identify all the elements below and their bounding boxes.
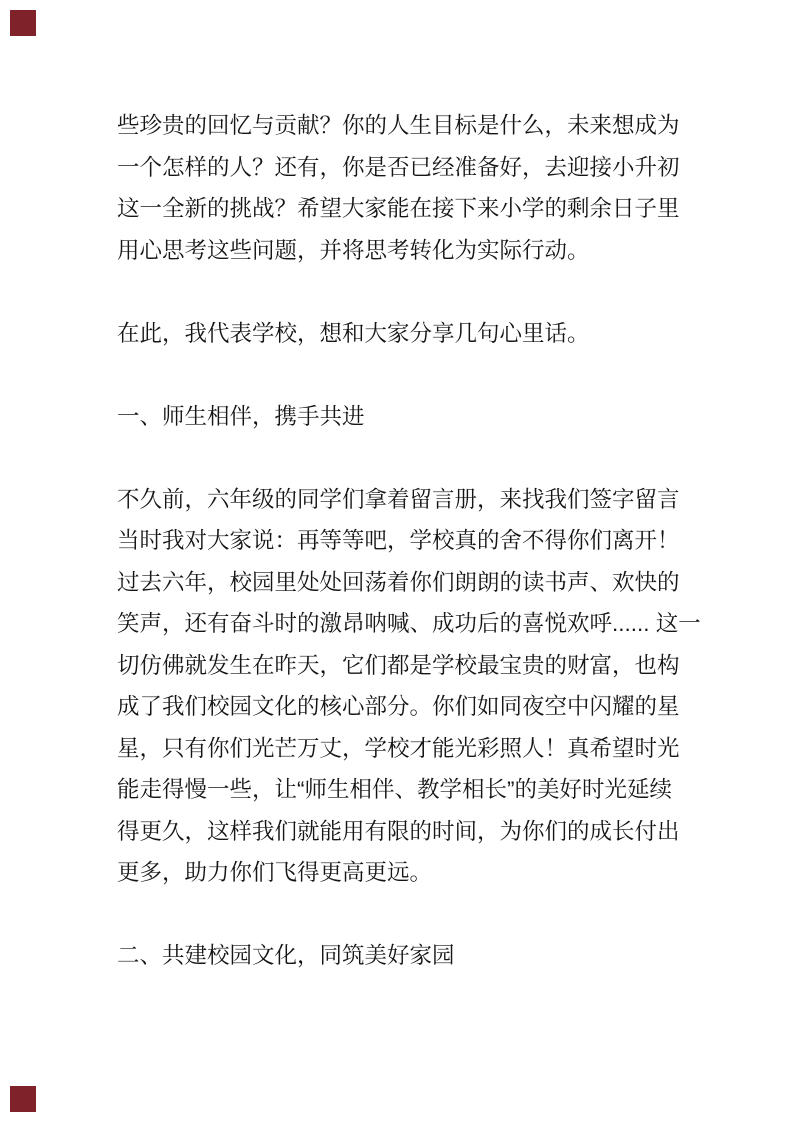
text-line: 些珍贵的回忆与贡献？你的人生目标是什么，未来想成为: [117, 105, 683, 147]
text-line: 用心思考这些问题，并将思考转化为实际行动。: [117, 230, 683, 272]
text-line: 星，只有你们光芒万丈，学校才能光彩照人！真希望时光: [117, 728, 683, 770]
text-line: 这一全新的挑战？希望大家能在接下来小学的剩余日子里: [117, 188, 683, 230]
section-heading: 二、共建校园文化，同筑美好家园: [117, 935, 683, 977]
section-heading: 一、师生相伴，携手共进: [117, 396, 683, 438]
text-line: 过去六年，校园里处处回荡着你们朗朗的读书声、欢快的: [117, 562, 683, 604]
text-line: 二、共建校园文化，同筑美好家园: [117, 935, 683, 977]
text-line: 成了我们校园文化的核心部分。你们如同夜空中闪耀的星: [117, 686, 683, 728]
document-page: 些珍贵的回忆与贡献？你的人生目标是什么，未来想成为一个怎样的人？还有，你是否已经…: [0, 0, 793, 1122]
body-paragraph: 些珍贵的回忆与贡献？你的人生目标是什么，未来想成为一个怎样的人？还有，你是否已经…: [117, 105, 683, 271]
body-paragraph: 在此，我代表学校，想和大家分享几句心里话。: [117, 313, 683, 355]
text-line: 一个怎样的人？还有，你是否已经准备好，去迎接小升初: [117, 147, 683, 189]
text-line: 得更久，这样我们就能用有限的时间，为你们的成长付出: [117, 811, 683, 853]
text-line: 在此，我代表学校，想和大家分享几句心里话。: [117, 313, 683, 355]
text-line: 更多，助力你们飞得更高更远。: [117, 852, 683, 894]
corner-marker-bottom-left: [10, 1086, 36, 1112]
text-line: 笑声，还有奋斗时的激昂呐喊、成功后的喜悦欢呼...... 这一: [117, 603, 683, 645]
text-line: 切仿佛就发生在昨天，它们都是学校最宝贵的财富，也构: [117, 645, 683, 687]
text-line: 一、师生相伴，携手共进: [117, 396, 683, 438]
document-text: 些珍贵的回忆与贡献？你的人生目标是什么，未来想成为一个怎样的人？还有，你是否已经…: [0, 105, 793, 977]
body-paragraph: 不久前，六年级的同学们拿着留言册，来找我们签字留言当时我对大家说：再等等吧，学校…: [117, 479, 683, 894]
text-line: 不久前，六年级的同学们拿着留言册，来找我们签字留言: [117, 479, 683, 521]
text-line: 当时我对大家说：再等等吧，学校真的舍不得你们离开！: [117, 520, 683, 562]
corner-marker-top-left: [10, 10, 36, 36]
text-line: 能走得慢一些，让“师生相伴、教学相长”的美好时光延续: [117, 769, 683, 811]
